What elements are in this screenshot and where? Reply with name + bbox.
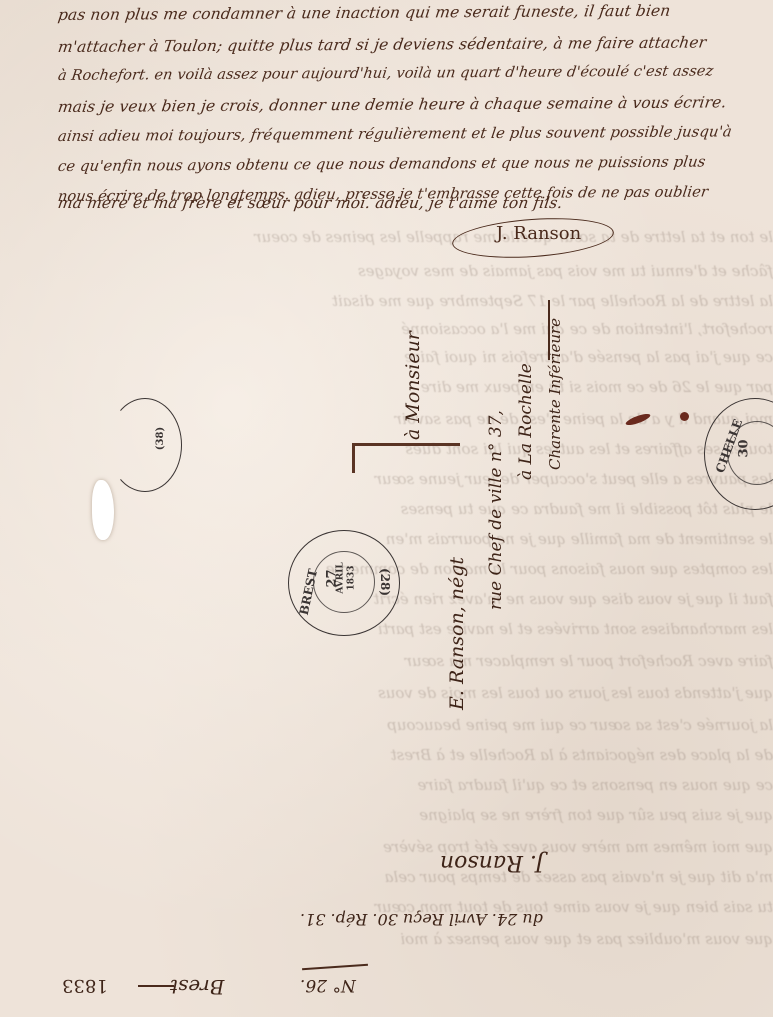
bleed-through-text: tu sais bien que je vous aime tous de to…: [0, 898, 773, 899]
bleed-through-text: par que le 26 de ce mois si tu en peux m…: [0, 378, 773, 379]
bleed-through-text: les marchandises sont arrivées et le nav…: [0, 620, 773, 621]
bleed-through-text: le sentiment de ma famille que je ne pou…: [0, 530, 773, 531]
letter-page: le ton et ta lettre de ta sœur qu'elle m…: [0, 0, 773, 1017]
address-salutation: à Monsieur: [402, 331, 424, 440]
paper-tear: [92, 480, 114, 540]
bleed-through-text: que moi mêmes ma mère vous avez été trop…: [0, 838, 773, 839]
postmark-number: (38): [155, 427, 166, 450]
postmark-brest: BREST (28) 27 AVRIL 1833: [288, 530, 400, 636]
bleed-through-text: ce que j'ai pas la pensée d'autrefois ni…: [0, 348, 773, 349]
bleed-through-text: que vous m'oubliez pas et que vous pense…: [0, 930, 773, 931]
letter-line: ainsi adieu moi toujours, fréquemment ré…: [57, 123, 733, 145]
letter-line: ma mère et ma frère et sœur pour moi. ad…: [57, 194, 564, 212]
signature: J. Ranson: [452, 213, 617, 263]
bleed-through-text: m'a dit que je n'avais pas assez de temp…: [0, 868, 773, 869]
letter-line: à Rochefort. en voilà assez pour aujourd…: [57, 63, 714, 84]
docket-underline: [302, 964, 368, 970]
docket-dates: du 24. Avril Reçu 30. Rép. 31.: [300, 910, 543, 929]
bleed-through-text: la lettre de la Rochelle par le 17 Septe…: [0, 292, 773, 293]
docket-underline: [138, 985, 174, 987]
bleed-through-text: rochefort, l'intention de ce qui me l'a …: [0, 320, 773, 321]
inverted-signature: J. Ranson: [440, 850, 544, 875]
bleed-through-text: que je suis peu sûr que ton frère ne se …: [0, 806, 773, 807]
address-underline: [548, 300, 550, 360]
address-city: à La Rochelle: [516, 363, 536, 480]
letter-line: pas non plus me condamner à une inaction…: [57, 2, 672, 24]
postmark-day: 30: [737, 439, 752, 457]
postmark-dept: (28): [378, 568, 392, 596]
postal-rate-mark: [352, 443, 460, 446]
bleed-through-text: ce que nous en pensons et ce qu'il faudr…: [0, 776, 773, 777]
signature-text: J. Ranson: [496, 223, 581, 244]
letter-line: mais je veux bien je crois, donner une d…: [57, 93, 728, 116]
bleed-through-text: faire avec Rochefort pour le remplacer m…: [0, 652, 773, 653]
docket-place: Brest: [170, 975, 224, 999]
bleed-through-text: le ton et ta lettre de ta sœur qu'elle m…: [10, 228, 773, 229]
postmark-month: AVRIL: [336, 562, 346, 593]
bleed-through-text: la journée c'est sa sœur ce qui me peine…: [0, 716, 773, 717]
bleed-through-text: de la place des négociants à la Rochelle…: [0, 746, 773, 747]
bleed-through-text: fâche et d'ennui tu me vois pas jamais d…: [0, 262, 773, 263]
postmark-year: 1833: [347, 565, 357, 590]
bleed-through-text: que j'attends tous les jours ou tous les…: [0, 684, 773, 685]
bleed-through-text: le plus tôt possible il me faudra ce que…: [0, 500, 773, 501]
docket-number: N° 26.: [300, 975, 356, 995]
postmark-partial-left: (38): [108, 398, 182, 492]
ink-blot: [680, 412, 689, 421]
docket-year: 1833: [62, 975, 108, 996]
address-street: rue Chef de ville n° 37,: [486, 410, 506, 610]
address-recipient: E. Ranson, négt: [446, 557, 468, 710]
bleed-through-text: moi quand il y a de la peine c'est de ne…: [0, 410, 773, 411]
letter-line: m'attacher à Toulon; quitte plus tard si…: [57, 33, 708, 56]
postal-rate-mark-hook: [352, 443, 355, 473]
letter-line: ce qu'enfin nous ayons obtenu ce que nou…: [57, 153, 707, 175]
